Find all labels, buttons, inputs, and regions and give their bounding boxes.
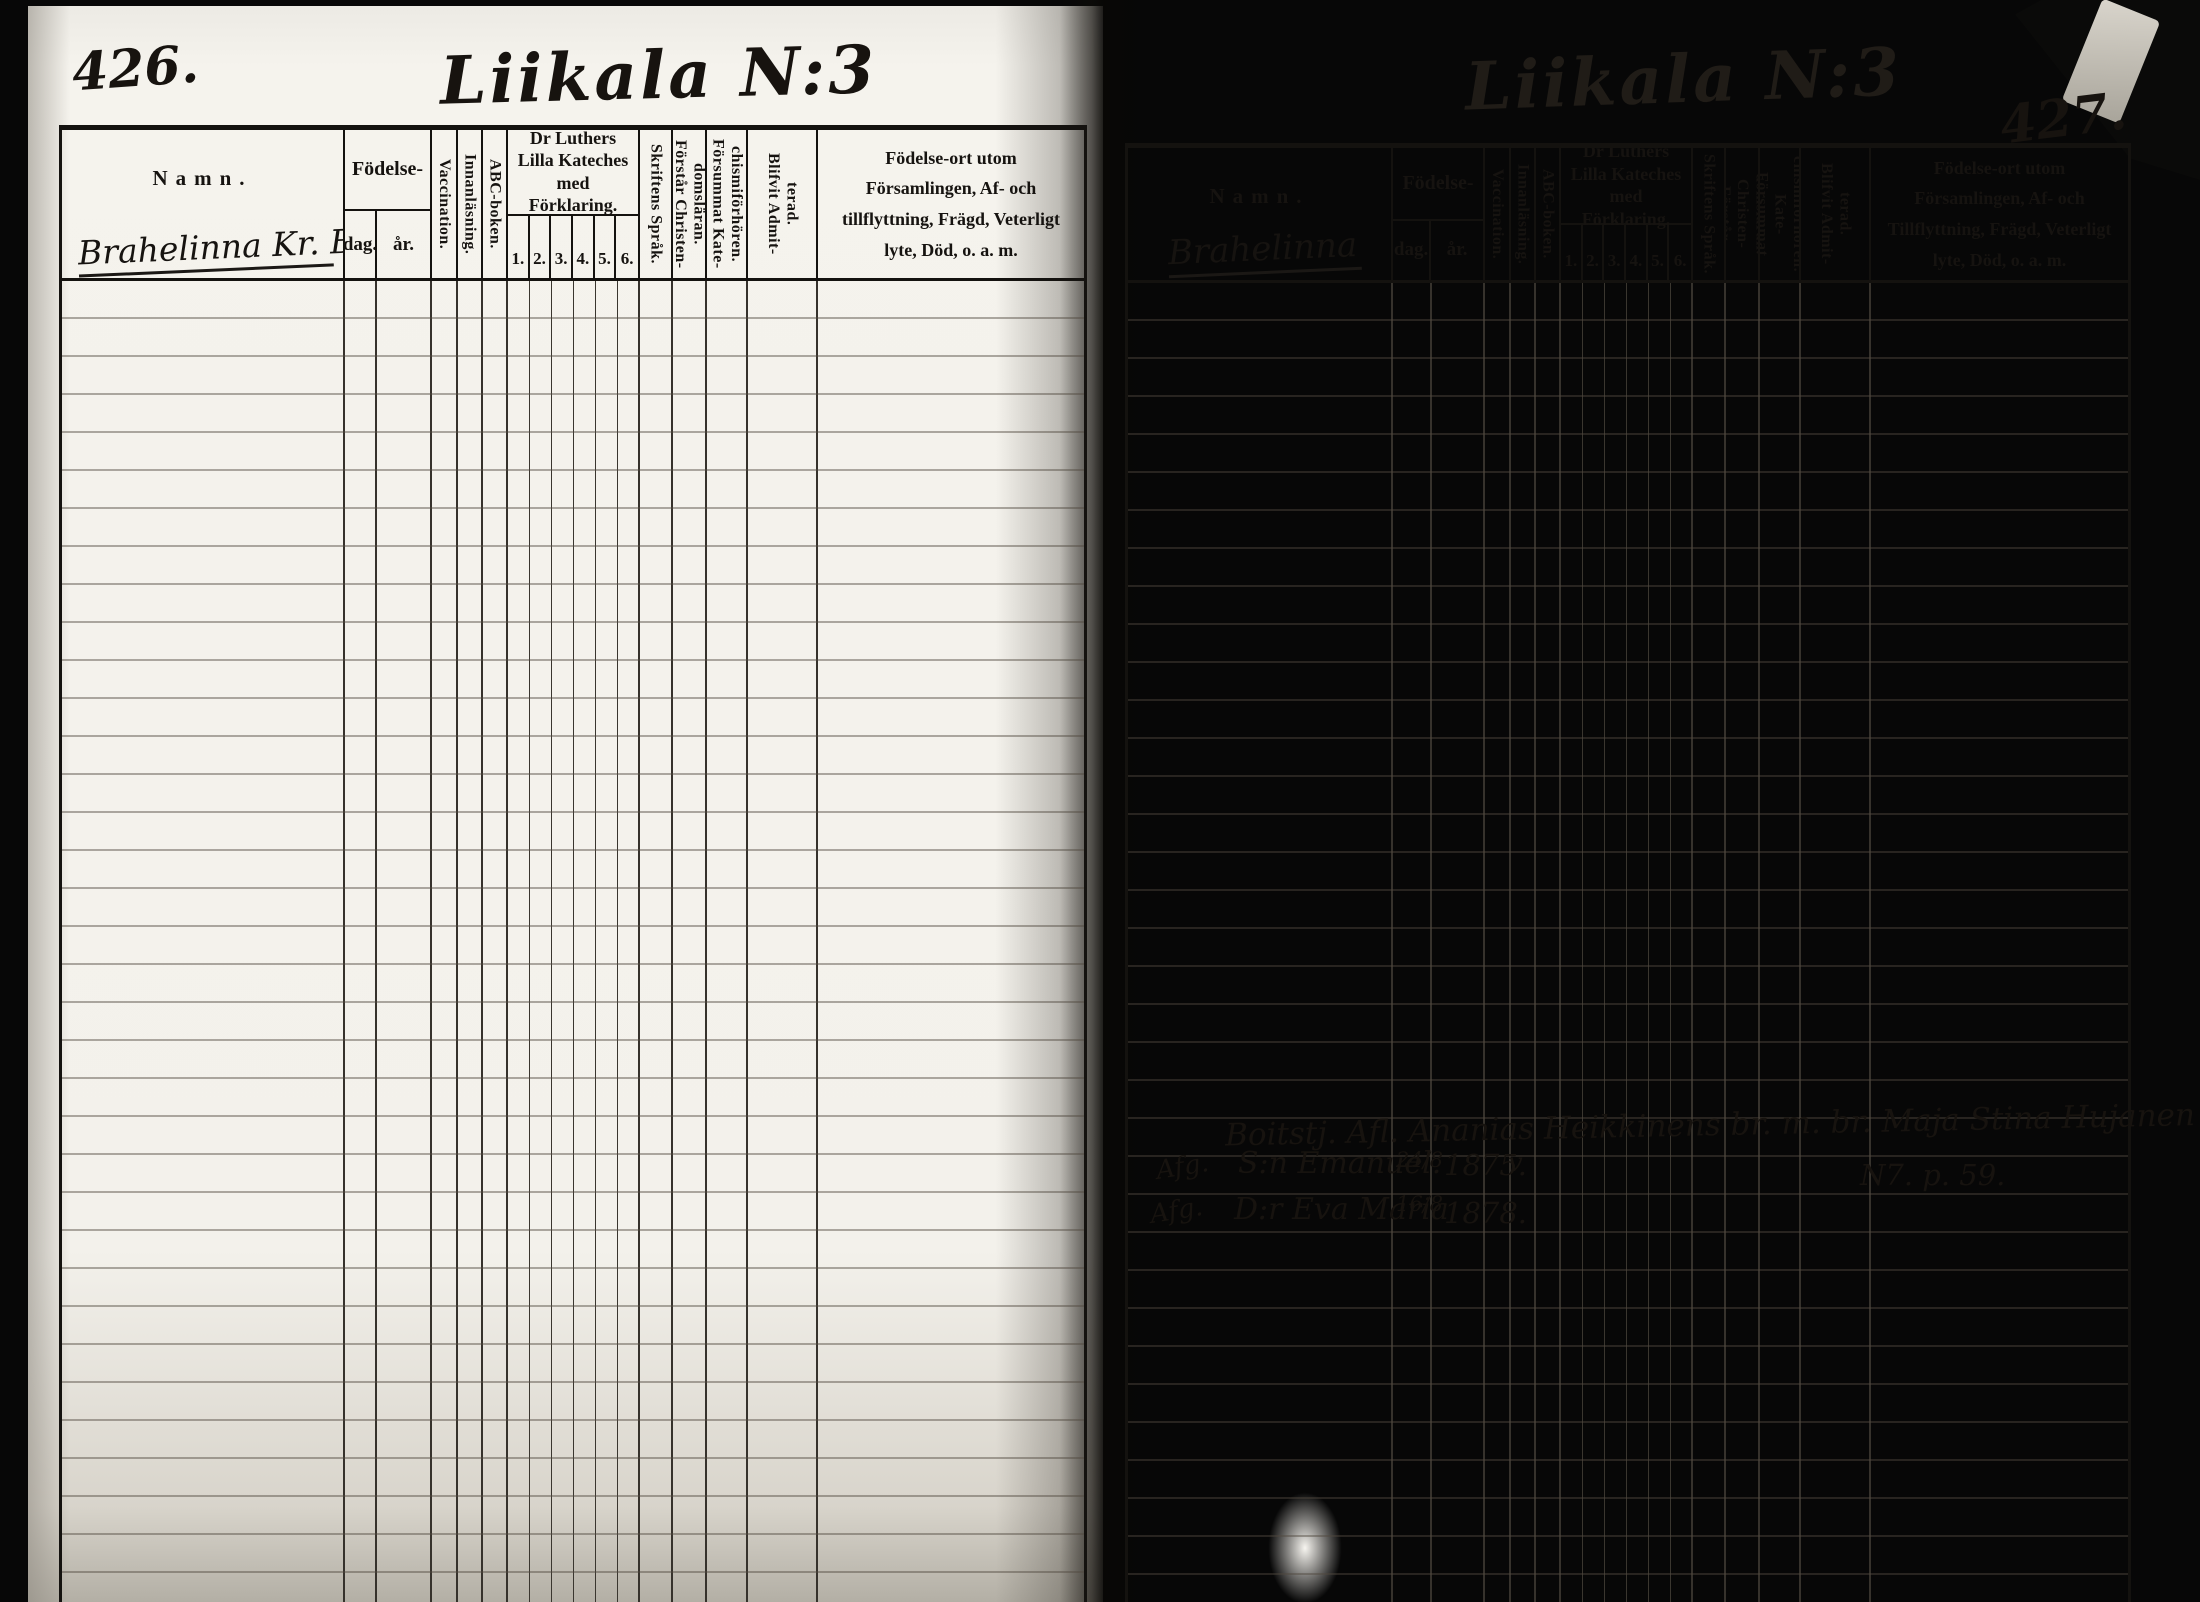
column-skriftens-sprak: Skriftens Språk. bbox=[640, 130, 673, 278]
column-blifvit-admitterad: Blifvit Admit-terad. bbox=[748, 130, 818, 278]
column-fodelseort-notes: Födelse-ort utom Församlingen, Af- och t… bbox=[818, 130, 1084, 278]
left-page-title: Liikala N:3 bbox=[439, 30, 878, 119]
left-page-table: Namn. Brahelinna Kr. Bost. Födelse- dag.… bbox=[59, 125, 1087, 1602]
column-blifvit-admitterad: Blifvit Admit-terad. bbox=[1801, 148, 1871, 280]
right-table-body bbox=[1128, 283, 2128, 1602]
column-vaccination: Vaccination. bbox=[1485, 148, 1511, 280]
column-namn: Namn. Brahelinna bbox=[1128, 148, 1393, 280]
column-innanlasning: Innanläsning. bbox=[458, 130, 483, 278]
column-forsummat-katechismiforhoren: Försummat Kate-chismiförhören. bbox=[1760, 148, 1801, 280]
kateches-group-label: Dr Luthers Lilla Kateches med Förklaring… bbox=[1561, 148, 1691, 225]
column-kateches-group: Dr Luthers Lilla Kateches med Förklaring… bbox=[1561, 148, 1693, 280]
fodelse-ar-label: år. bbox=[377, 211, 430, 278]
kateches-col-5: 5. bbox=[1648, 225, 1670, 280]
namn-handwritten-annotation: Brahelinna bbox=[1167, 225, 1362, 278]
left-table-header: Namn. Brahelinna Kr. Bost. Födelse- dag.… bbox=[62, 130, 1084, 281]
column-innanlasning: Innanläsning. bbox=[1511, 148, 1536, 280]
column-fodelse: Födelse- dag. år. bbox=[1393, 148, 1485, 280]
kateches-col-1: 1. bbox=[1561, 225, 1583, 280]
kateches-col-4: 4. bbox=[1626, 225, 1648, 280]
right-page-table: Namn. Brahelinna Födelse- dag. år. Vacci… bbox=[1125, 143, 2131, 1602]
column-forstar-christendomslaran: Förstår Christen-domsläran. bbox=[1726, 148, 1760, 280]
column-forsummat-katechismiforhoren: Försummat Kate-chismiförhören. bbox=[707, 130, 748, 278]
kateches-col-2: 2. bbox=[1583, 225, 1605, 280]
namn-handwritten-annotation: Brahelinna Kr. Bost. bbox=[77, 222, 334, 277]
kateches-col-6: 6. bbox=[616, 216, 638, 278]
kateches-col-1: 1. bbox=[508, 216, 530, 278]
fodelse-dag-label: dag. bbox=[1393, 221, 1431, 280]
kateches-col-2: 2. bbox=[530, 216, 552, 278]
column-kateches-group: Dr Luthers Lilla Kateches med Förklaring… bbox=[508, 130, 640, 278]
fodelse-group-label: Födelse- bbox=[345, 130, 430, 211]
kateches-col-3: 3. bbox=[551, 216, 573, 278]
column-abc-boken: ABC-boken. bbox=[483, 130, 508, 278]
column-forstar-christendomslaran: Förstår Christen-domsläran. bbox=[673, 130, 707, 278]
church-record-scan: 426. Liikala N:3 Liikala N:3 427. Namn. … bbox=[0, 0, 2200, 1602]
namn-header-label: Namn. bbox=[1128, 184, 1391, 209]
fodelse-dag-label: dag. bbox=[345, 211, 377, 278]
left-table-body bbox=[62, 281, 1084, 1602]
column-skriftens-sprak: Skriftens Språk. bbox=[1693, 148, 1726, 280]
fodelse-group-label: Födelse- bbox=[1393, 148, 1483, 221]
kateches-col-4: 4. bbox=[573, 216, 595, 278]
kateches-col-3: 3. bbox=[1604, 225, 1626, 280]
kateches-group-label: Dr Luthers Lilla Kateches med Förklaring… bbox=[508, 130, 638, 216]
kateches-col-5: 5. bbox=[595, 216, 617, 278]
right-table-header: Namn. Brahelinna Födelse- dag. år. Vacci… bbox=[1128, 148, 2128, 283]
column-fodelseort-notes: Födelse-ort utom Församlingen, Af- och T… bbox=[1871, 148, 2128, 280]
column-vaccination: Vaccination. bbox=[432, 130, 458, 278]
namn-header-label: Namn. bbox=[62, 166, 343, 191]
column-abc-boken: ABC-boken. bbox=[1536, 148, 1561, 280]
column-fodelse: Födelse- dag. år. bbox=[345, 130, 432, 278]
fodelse-ar-label: år. bbox=[1431, 221, 1483, 280]
entry-row1-birth-day: 24/8 bbox=[1396, 1148, 1443, 1172]
left-page-number: 426. bbox=[70, 34, 201, 104]
right-page-title: Liikala N:3 bbox=[1464, 32, 1904, 125]
entry-row2-birth-day: 16/8 bbox=[1396, 1192, 1443, 1216]
fodelseort-notes-label: Födelse-ort utom Församlingen, Af- och T… bbox=[1871, 148, 2128, 280]
column-namn: Namn. Brahelinna Kr. Bost. bbox=[62, 130, 345, 278]
fodelseort-notes-label: Födelse-ort utom Församlingen, Af- och t… bbox=[818, 130, 1084, 278]
kateches-col-6: 6. bbox=[1669, 225, 1691, 280]
entry-row1-vaccination-mark: v bbox=[1508, 1148, 1523, 1178]
entry-row2-birth-year: 1878. bbox=[1444, 1196, 1527, 1230]
entry-reference-note: N7. p. 59. bbox=[1860, 1158, 2005, 1192]
